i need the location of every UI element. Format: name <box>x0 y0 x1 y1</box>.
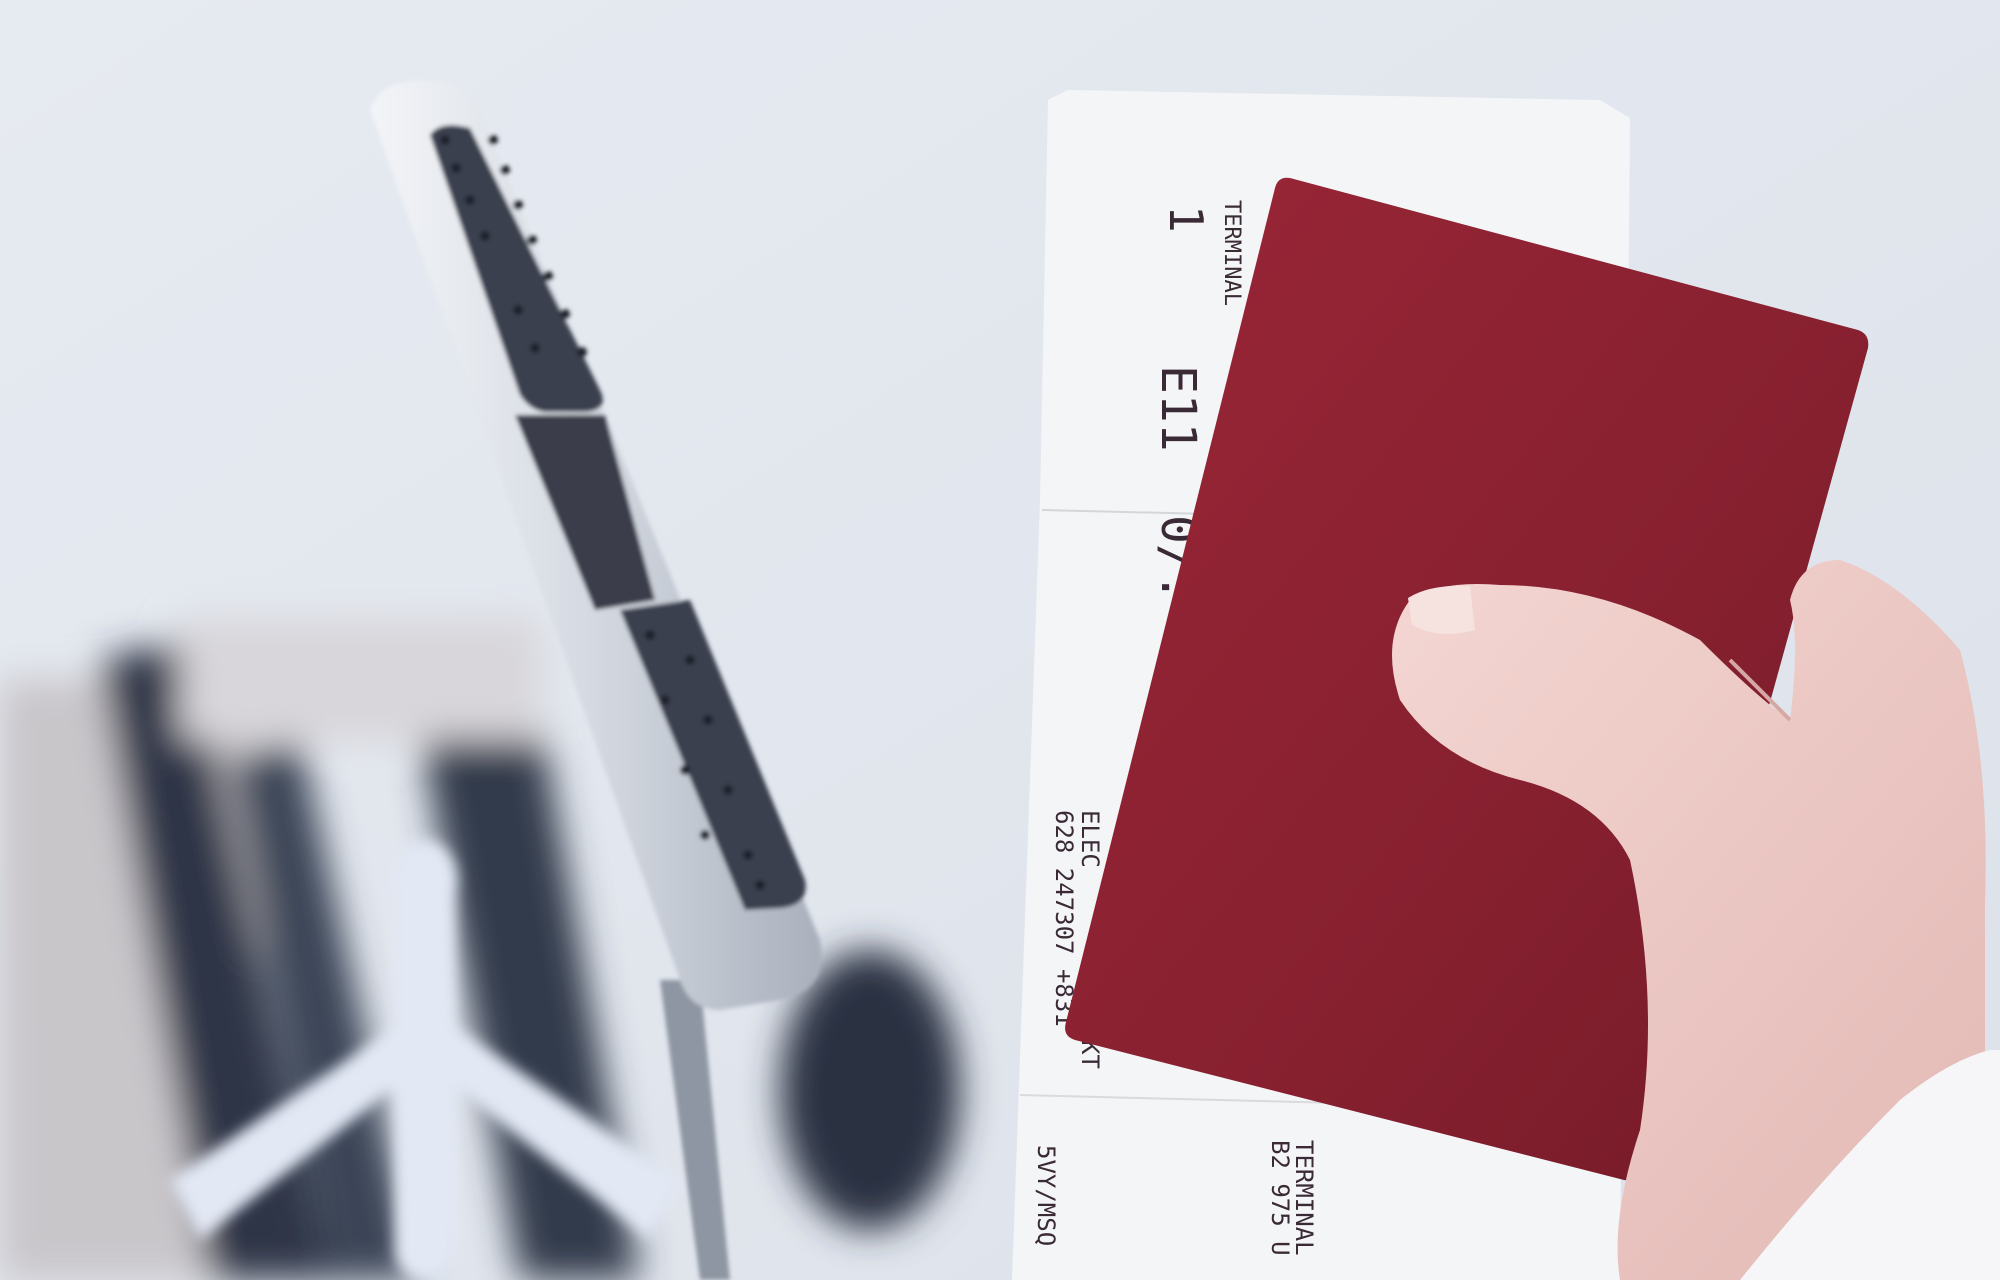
scene-illustration: TERMINAL 1 E11 0/. ELEC KT 628 247307 +8… <box>0 0 2000 1280</box>
ticket-terminal-value: 1 <box>1159 205 1213 233</box>
photo-scene: TERMINAL 1 E11 0/. ELEC KT 628 247307 +8… <box>0 0 2000 1280</box>
stub-code: 5VY/MSQ <box>1032 1145 1060 1246</box>
ticket-label: ELEC <box>1076 810 1104 868</box>
stub-terminal-value: B2 975 U <box>1266 1140 1294 1256</box>
ticket-terminal-label: TERMINAL <box>1219 200 1244 306</box>
ticket-gate-value: E11 <box>1150 365 1206 452</box>
